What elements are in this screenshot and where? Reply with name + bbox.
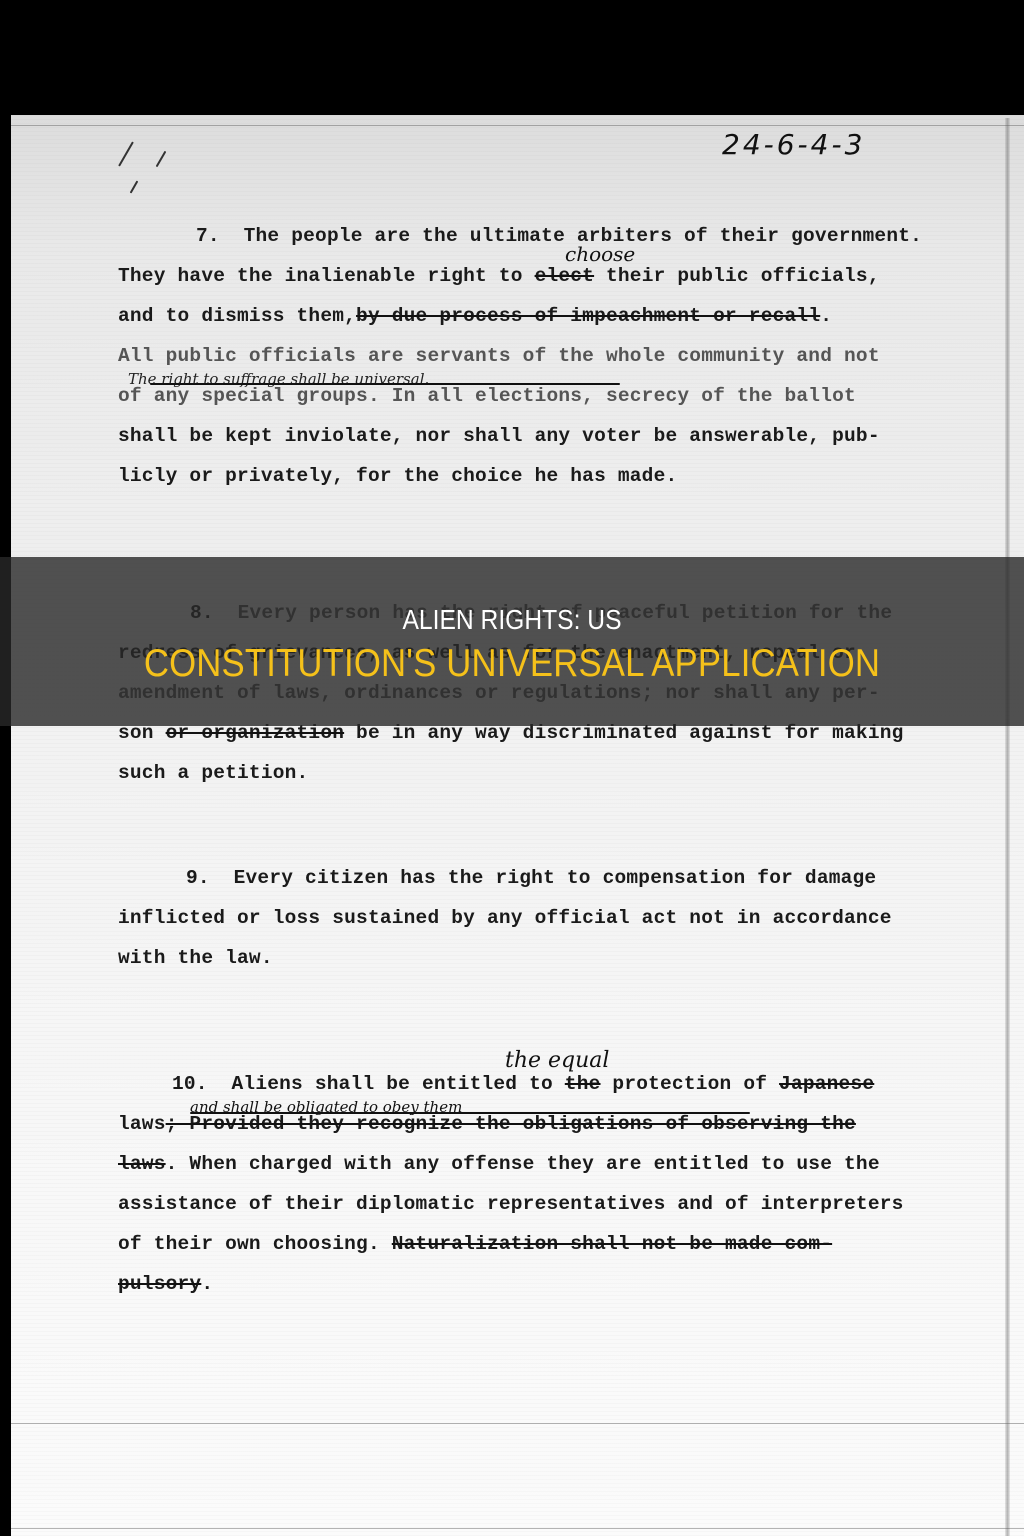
scan-line [11, 1423, 1024, 1424]
handwritten-insert: choose [565, 242, 635, 266]
section-7: 7. The people are the ultimate arbiters … [118, 216, 958, 496]
banner-title-line-2: CONSTITUTION'S UNIVERSAL APPLICATION [56, 642, 967, 686]
banner-title-line-1: ALIEN RIGHTS: US [61, 604, 962, 636]
page-number: 24-6-4-3 [722, 128, 865, 161]
scan-line [11, 125, 1024, 126]
handwritten-insert: the equal [505, 1048, 609, 1073]
section-number: 9. [186, 858, 210, 898]
section-9: 9. Every citizen has the right to compen… [118, 858, 958, 978]
handwritten-strikethrough [150, 383, 620, 385]
page-edge [1005, 118, 1010, 1536]
handwritten-strikethrough [190, 1112, 750, 1114]
handwritten-insert: The right to suffrage shall be universal… [128, 370, 429, 388]
scan-line [11, 1528, 1024, 1529]
section-number: 7. [196, 216, 220, 256]
